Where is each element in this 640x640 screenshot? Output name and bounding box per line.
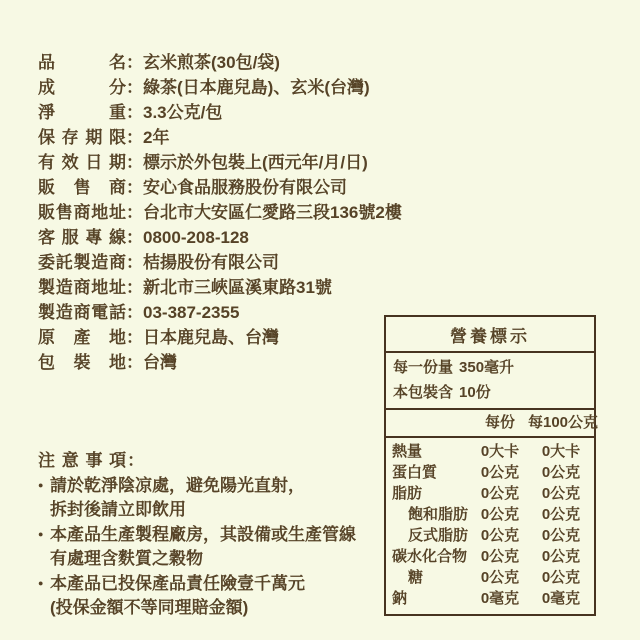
info-row: 原 產 地：日本鹿兒島、台灣 [38, 325, 402, 350]
nutrient-per-100g: 0公克 [528, 483, 594, 504]
info-row-label: 有 效 日 期 [38, 150, 126, 175]
info-row-label: 淨 重 [38, 100, 126, 125]
serving-size-label: 每一份量 [393, 355, 453, 380]
info-row: 製造商地址：新北市三峽區溪東路31號 [38, 275, 402, 300]
nutrient-per-100g: 0公克 [528, 504, 594, 525]
info-row-value: 綠茶(日本鹿兒島)、玄米(台灣) [143, 75, 370, 100]
note-item-first-line: ●請於乾淨陰凉處，避免陽光直射， [38, 474, 356, 499]
info-row: 保 存 期 限：2年 [38, 125, 402, 150]
info-row-value: 3.3公克/包 [143, 100, 222, 125]
nutrient-per-100g: 0大卡 [528, 441, 594, 462]
info-row-colon: ： [126, 100, 143, 125]
info-row-value: 日本鹿兒島、台灣 [143, 325, 279, 350]
info-row-label: 販售商地址 [38, 200, 126, 225]
servings-per-pack-line: 本包裝含 10份 [393, 380, 594, 405]
nutrient-per-serving: 0毫克 [472, 588, 528, 609]
nutrition-row: 反式脂肪0公克0公克 [386, 525, 594, 546]
info-row-colon: ： [126, 200, 143, 225]
product-info-list: 品 名：玄米煎茶(30包/袋)成 分：綠茶(日本鹿兒島)、玄米(台灣)淨 重：3… [38, 50, 402, 375]
nutrition-row: 碳水化合物0公克0公克 [386, 546, 594, 567]
note-item-continuation: (投保金額不等同理賠金額) [50, 596, 356, 621]
nutrition-table: 營養標示 每一份量 350毫升 本包裝含 10份 每份 每100公克 熱量0大卡… [384, 315, 596, 616]
info-row-colon: ： [126, 250, 143, 275]
bullet-icon: ● [38, 481, 50, 490]
nutrient-per-serving: 0公克 [472, 546, 528, 567]
note-item-text: 請於乾淨陰凉處，避免陽光直射， [50, 474, 305, 499]
info-row: 委託製造商：桔揚股份有限公司 [38, 250, 402, 275]
info-row-value: 台北市大安區仁愛路三段136號2樓 [143, 200, 402, 225]
note-item-first-line: ●本產品已投保產品責任險壹千萬元 [38, 572, 356, 597]
nutrition-column-headers: 每份 每100公克 [386, 410, 594, 438]
notes-title: 注 意 事 項： [38, 449, 356, 474]
info-row-colon: ： [126, 175, 143, 200]
note-item-continuation: 有處理含麩質之穀物 [50, 547, 356, 572]
info-row-label: 成 分 [38, 75, 126, 100]
nutrient-per-serving: 0公克 [472, 504, 528, 525]
info-row-value: 新北市三峽區溪東路31號 [143, 275, 332, 300]
servings-per-pack-value: 10份 [459, 380, 491, 405]
notes-section: 注 意 事 項： ●請於乾淨陰凉處，避免陽光直射，拆封後請立即飲用●本產品生產製… [38, 449, 356, 621]
info-row-colon: ： [126, 300, 143, 325]
info-row-label: 製造商地址 [38, 275, 126, 300]
info-row-value: 玄米煎茶(30包/袋) [143, 50, 280, 75]
info-row-colon: ： [126, 325, 143, 350]
nutrition-row: 糖0公克0公克 [386, 567, 594, 588]
nutrition-row: 脂肪0公克0公克 [386, 483, 594, 504]
column-header-per-100g: 每100公克 [528, 410, 594, 436]
info-row-colon: ： [126, 225, 143, 250]
info-row-value: 台灣 [143, 350, 177, 375]
bullet-icon: ● [38, 579, 50, 588]
nutrition-serving-info: 每一份量 350毫升 本包裝含 10份 [386, 353, 594, 410]
nutrient-name: 鈉 [386, 588, 472, 609]
info-row-label: 客 服 專 線 [38, 225, 126, 250]
nutrition-row: 鈉0毫克0毫克 [386, 588, 594, 609]
info-row: 客 服 專 線：0800-208-128 [38, 225, 402, 250]
nutrient-per-serving: 0公克 [472, 483, 528, 504]
note-item: ●請於乾淨陰凉處，避免陽光直射，拆封後請立即飲用 [38, 474, 356, 523]
info-row: 販售商地址：台北市大安區仁愛路三段136號2樓 [38, 200, 402, 225]
nutrition-row: 飽和脂肪0公克0公克 [386, 504, 594, 525]
nutrient-name: 糖 [386, 567, 472, 588]
servings-per-pack-label: 本包裝含 [393, 380, 453, 405]
note-item: ●本產品已投保產品責任險壹千萬元(投保金額不等同理賠金額) [38, 572, 356, 621]
info-row-colon: ： [126, 125, 143, 150]
nutrient-per-100g: 0公克 [528, 567, 594, 588]
info-row-value: 03-387-2355 [143, 300, 239, 325]
nutrient-name: 熱量 [386, 441, 472, 462]
nutrition-title: 營養標示 [386, 317, 594, 353]
nutrient-per-serving: 0大卡 [472, 441, 528, 462]
serving-size-line: 每一份量 350毫升 [393, 355, 594, 380]
nutrient-per-serving: 0公克 [472, 525, 528, 546]
info-row: 包 裝 地：台灣 [38, 350, 402, 375]
info-row-label: 保 存 期 限 [38, 125, 126, 150]
info-row: 淨 重：3.3公克/包 [38, 100, 402, 125]
nutrient-per-100g: 0公克 [528, 525, 594, 546]
notes-list: ●請於乾淨陰凉處，避免陽光直射，拆封後請立即飲用●本產品生產製程廠房，其設備或生… [38, 474, 356, 621]
nutrient-name: 蛋白質 [386, 462, 472, 483]
info-row-label: 包 裝 地 [38, 350, 126, 375]
info-row-value: 安心食品服務股份有限公司 [143, 175, 347, 200]
nutrient-per-100g: 0公克 [528, 546, 594, 567]
column-header-per-serving: 每份 [472, 410, 528, 436]
label-root: 品 名：玄米煎茶(30包/袋)成 分：綠茶(日本鹿兒島)、玄米(台灣)淨 重：3… [0, 0, 640, 640]
info-row-value: 2年 [143, 125, 169, 150]
info-row: 有 效 日 期：標示於外包裝上(西元年/月/日) [38, 150, 402, 175]
info-row-label: 販 售 商 [38, 175, 126, 200]
note-item-text: 本產品已投保產品責任險壹千萬元 [50, 572, 305, 597]
info-row-colon: ： [126, 150, 143, 175]
note-item-first-line: ●本產品生產製程廠房，其設備或生產管線 [38, 523, 356, 548]
info-row-label: 製造商電話 [38, 300, 126, 325]
info-row-value: 標示於外包裝上(西元年/月/日) [143, 150, 368, 175]
note-item-text: 本產品生產製程廠房，其設備或生產管線 [50, 523, 356, 548]
info-row-label: 原 產 地 [38, 325, 126, 350]
info-row-value: 0800-208-128 [143, 225, 249, 250]
info-row-colon: ： [126, 275, 143, 300]
info-row: 成 分：綠茶(日本鹿兒島)、玄米(台灣) [38, 75, 402, 100]
nutrient-name: 反式脂肪 [386, 525, 472, 546]
nutrient-per-serving: 0公克 [472, 567, 528, 588]
info-row-label: 委託製造商 [38, 250, 126, 275]
nutrition-rows: 熱量0大卡0大卡蛋白質0公克0公克脂肪0公克0公克飽和脂肪0公克0公克反式脂肪0… [386, 438, 594, 614]
nutrient-name: 飽和脂肪 [386, 504, 472, 525]
nutrient-name: 碳水化合物 [386, 546, 472, 567]
info-row: 製造商電話：03-387-2355 [38, 300, 402, 325]
note-item-continuation: 拆封後請立即飲用 [50, 498, 356, 523]
nutrient-per-serving: 0公克 [472, 462, 528, 483]
product-label-page: { "colors": { "background": "#f7f9e4", "… [0, 0, 640, 640]
nutrient-per-100g: 0公克 [528, 462, 594, 483]
info-row-label: 品 名 [38, 50, 126, 75]
info-row: 品 名：玄米煎茶(30包/袋) [38, 50, 402, 75]
nutrition-row: 熱量0大卡0大卡 [386, 441, 594, 462]
info-row-colon: ： [126, 350, 143, 375]
note-item: ●本產品生產製程廠房，其設備或生產管線有處理含麩質之穀物 [38, 523, 356, 572]
nutrient-name: 脂肪 [386, 483, 472, 504]
bullet-icon: ● [38, 530, 50, 539]
nutrient-per-100g: 0毫克 [528, 588, 594, 609]
serving-size-value: 350毫升 [459, 355, 514, 380]
info-row-colon: ： [126, 50, 143, 75]
info-row: 販 售 商：安心食品服務股份有限公司 [38, 175, 402, 200]
nutrition-row: 蛋白質0公克0公克 [386, 462, 594, 483]
info-row-value: 桔揚股份有限公司 [143, 250, 279, 275]
info-row-colon: ： [126, 75, 143, 100]
